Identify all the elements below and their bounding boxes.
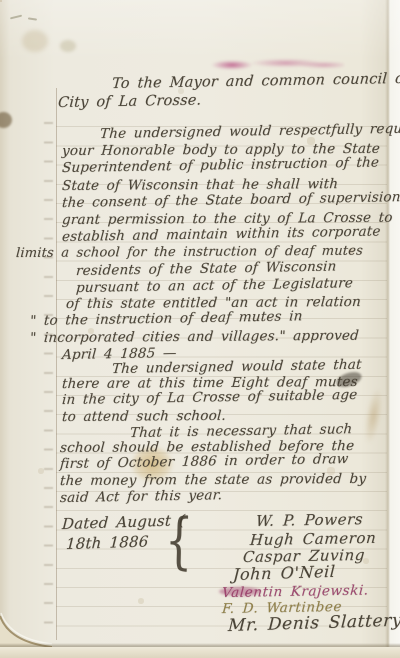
backing-sheet bbox=[0, 647, 400, 658]
manuscript-line: said Act for this year. bbox=[59, 487, 222, 506]
stain bbox=[22, 30, 48, 52]
ink-smear bbox=[219, 587, 261, 596]
margin-line-numbers bbox=[44, 108, 53, 635]
pencil-mark bbox=[10, 12, 44, 24]
margin-line bbox=[56, 88, 57, 640]
signature: W. P. Powers bbox=[255, 510, 363, 530]
manuscript-line: the money from the state as provided by bbox=[59, 471, 366, 489]
salutation-line: City of La Crosse. bbox=[57, 92, 201, 111]
scanned-document: To the Mayor and common council of the C… bbox=[0, 0, 400, 658]
stain bbox=[60, 40, 76, 52]
foxing-spots bbox=[0, 0, 2, 2]
manuscript-line: " incorporated cities and villages." app… bbox=[29, 328, 359, 346]
signature: John O'Neil bbox=[232, 562, 336, 584]
dateline: 18th 1886 bbox=[65, 532, 148, 553]
brace-mark: { bbox=[164, 504, 194, 577]
manuscript-line: to attend such school. bbox=[61, 408, 226, 425]
